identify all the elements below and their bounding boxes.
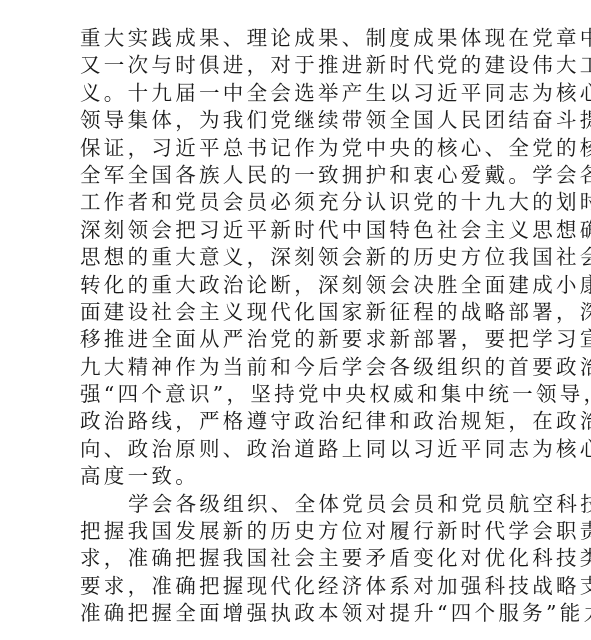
text-line: 强“四个意识”，坚持党中央权威和集中统一领导，坚定执行党的 bbox=[80, 381, 520, 408]
text-line: 求，准确把握我国社会主要矛盾变化对优化科技类公共服务的新 bbox=[80, 545, 520, 572]
text-line: 向、政治原则、政治道路上同以习近平同志为核心的党中央保持 bbox=[80, 436, 520, 463]
text-line: 面建设社会主义现代化国家新征程的战略部署，深刻领会坚定不 bbox=[80, 299, 520, 326]
text-line: 全军全国各族人民的一致拥护和衷心爱戴。学会各级组织专兼职 bbox=[80, 162, 520, 189]
text-line: 九大精神作为当前和今后学会各级组织的首要政治任务，切实增 bbox=[80, 354, 520, 381]
text-line: 工作者和党员会员必须充分认识党的十九大的划时代重大意义， bbox=[80, 189, 520, 216]
paragraph-2: 学会各级组织、全体党员会员和党员航空科技工作者要准确 把握我国发展新的历史方位对… bbox=[80, 491, 520, 628]
paragraph-1: 重大实践成果、理论成果、制度成果体现在党章中，实现了党章 又一次与时俱进，对于推… bbox=[80, 25, 520, 491]
text-line: 准确把握全面增强执政本领对提升“四个服务”能力的新要求， bbox=[80, 600, 520, 627]
text-line: 重大实践成果、理论成果、制度成果体现在党章中，实现了党章 bbox=[80, 25, 520, 52]
text-line: 学会各级组织、全体党员会员和党员航空科技工作者要准确 bbox=[80, 491, 520, 518]
text-line: 又一次与时俱进，对于推进新时代党的建设伟大工程具有重大意 bbox=[80, 52, 520, 79]
text-line: 要求，准确把握现代化经济体系对加强科技战略支撑的新要求， bbox=[80, 573, 520, 600]
text-line: 政治路线，严格遵守政治纪律和政治规矩，在政治立场、政治方 bbox=[80, 408, 520, 435]
text-line: 把握我国发展新的历史方位对履行新时代学会职责使命的新要 bbox=[80, 518, 520, 545]
text-line: 思想的重大意义，深刻领会新的历史方位我国社会主要矛盾已经 bbox=[80, 244, 520, 271]
document-page: 重大实践成果、理论成果、制度成果体现在党章中，实现了党章 又一次与时俱进，对于推… bbox=[80, 25, 520, 628]
text-line: 深刻领会把习近平新时代中国特色社会主义思想确立为党的指导 bbox=[80, 217, 520, 244]
text-line: 转化的重大政治论断，深刻领会决胜全面建成小康社会、开启全 bbox=[80, 272, 520, 299]
text-line: 高度一致。 bbox=[80, 463, 520, 490]
text-line: 保证，习近平总书记作为党中央的核心、全党的核心，受到全党 bbox=[80, 135, 520, 162]
text-line: 领导集体，为我们党继续带领全国人民团结奋斗提供了坚强组织 bbox=[80, 107, 520, 134]
text-line: 移推进全面从严治党的新要求新部署，要把学习宣传贯彻党的十 bbox=[80, 326, 520, 353]
text-line: 义。十九届一中全会选举产生以习近平同志为核心的新一届中央 bbox=[80, 80, 520, 107]
